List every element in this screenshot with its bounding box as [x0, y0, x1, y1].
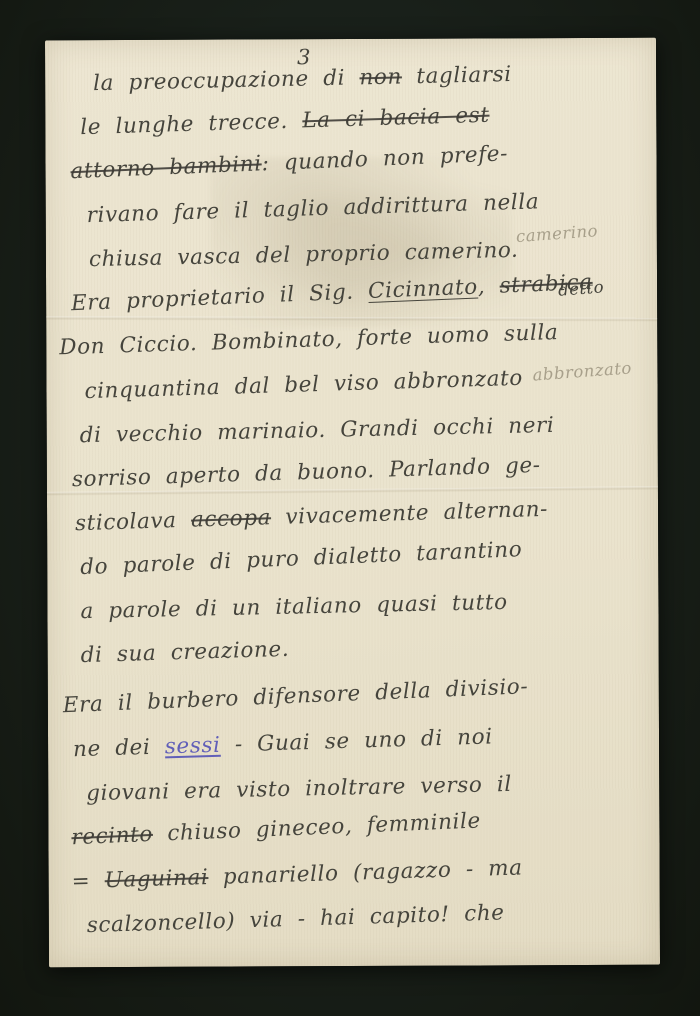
handwritten-text: Era il burbero difensore della divisio- — [62, 674, 528, 718]
correction-annotation: detto — [557, 277, 604, 299]
struck-out-text: recinto — [71, 822, 154, 850]
handwritten-text: Cicinnato — [368, 275, 479, 304]
handwritten-text: sorriso aperto da buono. Parlando ge- — [72, 453, 541, 492]
handwritten-text: scalzoncello) via - hai capito! che — [86, 900, 504, 938]
struck-out-text: non — [359, 64, 402, 90]
handwritten-text: tagliarsi — [402, 62, 512, 89]
handwritten-text: di vecchio marinaio. Grandi occhi neri — [79, 413, 554, 448]
handwritten-text: Era proprietario il Sig. — [71, 279, 369, 316]
struck-out-text: attorno bambini — [70, 151, 262, 184]
handwritten-text: le lunghe trecce. — [80, 108, 303, 140]
manuscript-annotations: camerinodettoabbronzato — [45, 38, 656, 41]
handwritten-text: la preoccupazione di — [93, 65, 360, 96]
struck-out-text: accopa — [191, 505, 272, 532]
handwritten-text: , — [477, 274, 500, 300]
handwritten-text: sticolava — [75, 508, 192, 537]
struck-out-text: Uaguinai — [104, 865, 208, 893]
handwritten-text: - Guai se uno di noi — [220, 724, 493, 757]
handwritten-text: sessi — [164, 733, 220, 760]
handwritten-text: cinquantina dal bel viso abbronzato — [84, 366, 523, 404]
struck-out-text: La ci bacia est — [302, 103, 490, 134]
handwritten-text: Don Ciccio. Bombinato, forte uomo sulla — [59, 320, 559, 360]
handwritten-text: rivano fare il taglio addirittura nella — [86, 189, 539, 228]
handwritten-text: chiuso gineceo, femminile — [152, 808, 481, 846]
handwritten-text: a parole di un italiano quasi tutto — [80, 590, 508, 624]
handwritten-text: : quando non prefe- — [261, 141, 508, 176]
manuscript-paper-sheet: 3 la preoccupazione di non tagliarsile l… — [45, 38, 660, 968]
handwritten-text: di sua creazione. — [80, 637, 289, 668]
handwritten-text: = — [71, 868, 105, 894]
handwritten-text: vivacemente alternan- — [271, 497, 549, 530]
manuscript-text: la preoccupazione di non tagliarsile lun… — [45, 60, 660, 949]
handwritten-text: do parole di puro dialetto tarantino — [80, 537, 523, 580]
handwritten-text: ne dei — [73, 734, 166, 762]
handwritten-text: panariello (ragazzo - ma — [208, 855, 523, 890]
